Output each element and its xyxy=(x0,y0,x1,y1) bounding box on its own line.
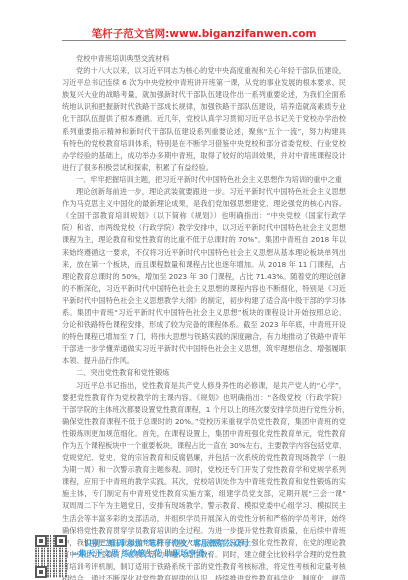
site-header-label[interactable]: 笔杆子范文官网:www.biganzifanwen.com xyxy=(0,26,408,41)
paragraph-line: 为期一周）和一次警示教育主题参观。同时，党校还专门开发了党性教育学和党规学系列 xyxy=(62,464,346,476)
paragraph-line: 生活会等丰富多彩的支部活动，并组织学员开展深入的党性分析和严格的学员考评，始终 xyxy=(62,513,346,525)
paragraph-line: 育培训考评机制，制订适用于铁路系统干部的党性教育考核标准，将定性考核和定量考核 xyxy=(62,561,346,573)
paragraph-line: 分论和铁路特色课程安排，形成了较为完备的课程体系。截至 2023 年年底，中青班… xyxy=(62,319,346,331)
paragraph-line: 系列重要指示精神和新时代干部队伍建设系列重要论述，聚焦“五个一流”，努力构建具 xyxy=(62,126,346,138)
paragraph-line: 干部进一步学懂弄通做实习近平新时代中国特色社会主义思想，筑牢理想信念、增强履职 xyxy=(62,343,346,355)
footer-promo: 识别二维码 添加“笔杆子范文”客服微信公众号 --集天下文思 练妙笔生花 助职场… xyxy=(72,539,312,559)
paragraph-line: 性锻炼则更加规范细化。首先，在课程设置上，集团中青班强化党性教育单元，党性教育 xyxy=(62,428,346,440)
paragraph-line: 党的十八大以来，以习近平同志为核心的党中央高度重视和关心年轻干部队伍建设， xyxy=(62,65,346,77)
paragraph-line: 双周周二下午为主题党日，安排有现场教学、警示教育、模拟党委中心组学习、模拟民主 xyxy=(62,500,346,512)
paragraph-line: 确保党性教育课程不低于总课时的 20%。”党校历来重视学员党性教育，集团中青班的… xyxy=(62,416,346,428)
qr-code-icon[interactable] xyxy=(35,535,67,578)
paragraph-line: 理论教育总课时的 50%，增加至 2023 年 30 门课程，占比 71.43%… xyxy=(62,271,346,283)
paragraph-line: 的不断深化，习近平新时代中国特色社会主义思想的课程内容也不断细化，特别是《习近 xyxy=(62,283,346,295)
paragraph-line: 办学经验的基础上，成功举办多期中青班，取得了较好的培训效果，并对中青班课程设计 xyxy=(62,150,346,162)
paragraph-line: 本领、提升品行作风。 xyxy=(62,355,346,367)
paragraph-line: 的特色课程已增加至 7 门，将伟大思想与铁路实践的深度融合，有力地推动了铁路中青… xyxy=(62,331,346,343)
paragraph-line: 统地认识和把握新时代铁路干部成长规律，加强铁路干部队伍建设，培养造就高素质专业 xyxy=(62,101,346,113)
paragraph-line: 来，放在第一个板块，而且课程数量和课程占比也逐年增加。从 2018 年 11 门… xyxy=(62,259,346,271)
paragraph-line: 族复兴大业的战略考量，就加强新时代干部队伍建设作出一系列重要论述，为我们全面系 xyxy=(62,89,346,101)
paragraph-line: 进行了很多积极尝试和探索，积累了有益经验。 xyxy=(62,162,346,174)
section-heading-1: 一、牢牢把握培训主题，把习近平新时代中国特色社会主义思想作为培训的重中之重 xyxy=(62,174,346,186)
header-divider xyxy=(62,40,346,41)
paragraph-line: 施主体，专门制定有中青班党性教育实施方案，组建学员党支部，定期开展“三会一课” xyxy=(62,488,346,500)
paragraph-line: 习近平总书记指出，党性教育是共产党人修身养性的必修课，是共产党人的“心学”， xyxy=(62,380,346,392)
document-body: 党校中青班培训典型交流材料 党的十八大以来，以习近平同志为核心的党中央高度重视和… xyxy=(62,53,346,580)
qr-finder-pattern xyxy=(35,535,47,547)
section-heading-2: 二、突出党性教育和党性锻炼 xyxy=(62,367,346,379)
paragraph-line: 作为五个课程板块中一个重要板块，课程占比一直在 30%左右，主要教学内容包括党章… xyxy=(62,440,346,452)
paragraph-line: 院）和省、市两级党校（行政学院）教学安排中，以习近平新时代中国特色社会主义思想 xyxy=(62,222,346,234)
paragraph-line: 课程为主，理论教育和党性教育的比重不低于总课时的 70%”。集团中青班自 201… xyxy=(62,234,346,246)
footer-line-1: 识别二维码 添加“笔杆子范文”客服微信公众号 xyxy=(72,539,312,549)
qr-finder-pattern xyxy=(35,566,47,578)
paragraph-line: 相结合，通过不断深化对党性教育规律的认识，持续推进党性教育科学化、制度化、规范 xyxy=(62,573,346,580)
paragraph-line: 有特色的党校教育培训体系，特别是在不断学习借鉴中央党校和部分省委党校、行业党校 xyxy=(62,138,346,150)
paragraph-line: 化干部队伍提供了根本遵循。近几年，党校认真学习贯彻习近平总书记关于党校办学治校 xyxy=(62,113,346,125)
paragraph-line: 课程，应用于中青班的教学实践。其次，党校培训处作为中青班党性教育和党性锻炼的实 xyxy=(62,476,346,488)
paragraph-line: 习近平总书记连续 6 次为中央党校中青班讲开班第一课，从党的事业发展的根本要求、… xyxy=(62,77,346,89)
paragraph-line: 党规党纪、党史、党的宗旨教育和反腐倡廉，并包括一次系统的党性教育现场教学（一般 xyxy=(62,452,346,464)
qr-finder-pattern xyxy=(55,535,67,547)
paragraph-line: 作为马克思主义中国化的最新理论成果，是我们党加强思想建党、理论强党的核心内容。 xyxy=(62,198,346,210)
document-title: 党校中青班培训典型交流材料 xyxy=(62,53,346,65)
paragraph-line: 系。集团中青班“习近平新时代中国特色社会主义思想”板块的课程设计开始按照总论、 xyxy=(62,307,346,319)
paragraph-line: 确保将党性教育贯穿学员教育培训的全过程。为进一步提升党性教育质量，在后续中青班 xyxy=(62,525,346,537)
paragraph-line: 平新时代中国特色社会主义思想教学大纲》的制定，初步构建了适合高中级干部的学习体 xyxy=(62,295,346,307)
paragraph-line: 干部学院的主体班次都要设置党性教育课程，1 个月以上的班次要安排学员进行党性分析… xyxy=(62,404,346,416)
footer-line-2: --集天下文思 练妙笔生花 助职场亨通-- xyxy=(72,549,312,559)
paragraph-line: 来始终遵循这一要求，不仅将习近平新时代中国特色社会主义思想从基本理论板块单列出 xyxy=(62,247,346,259)
paragraph-line: 《全国干部教育培训规划》（以下简称《规划》）也明确指出：“中央党校（国家行政学 xyxy=(62,210,346,222)
paragraph-line: 理论创新每前进一步，理论武装就要跟进一步。习近平新时代中国特色社会主义思想 xyxy=(62,186,346,198)
paragraph-line: 要把党性教育作为党校教学的主课内容。《规划》也明确指出：“各级党校（行政学院） xyxy=(62,392,346,404)
